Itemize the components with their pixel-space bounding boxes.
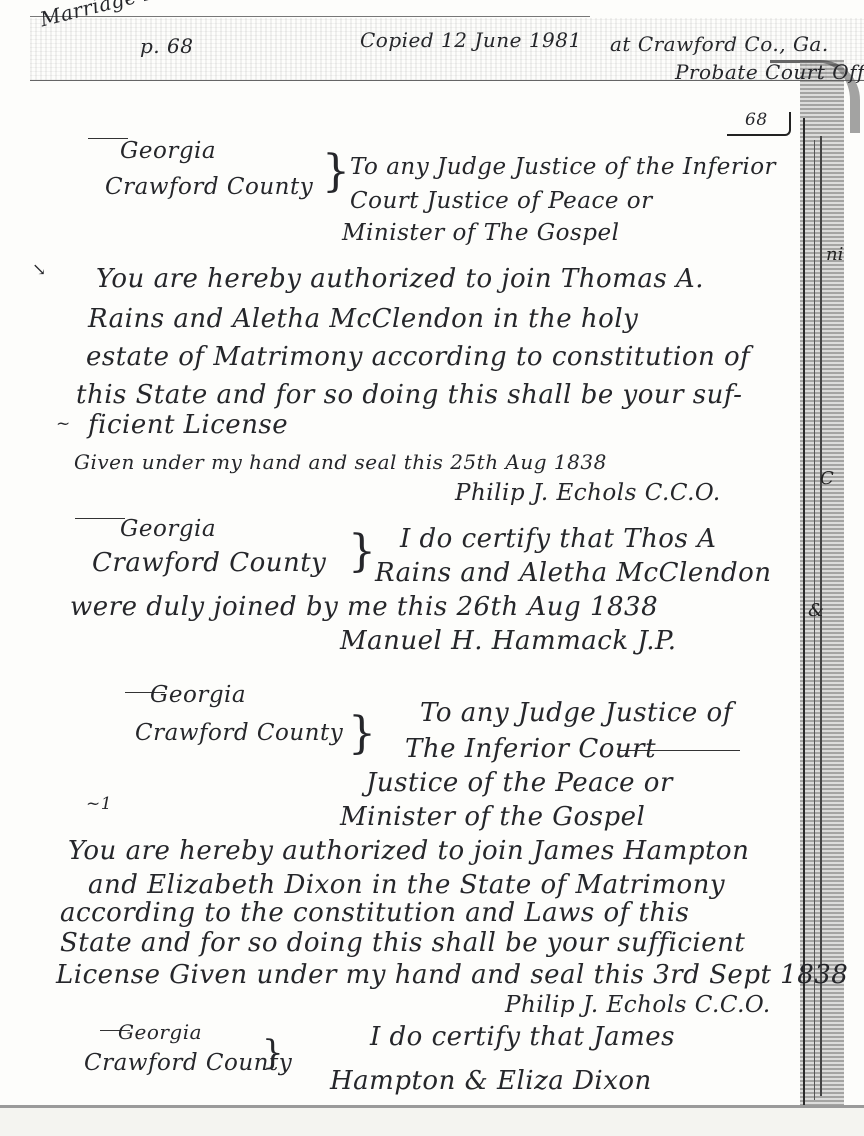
entry2-body-2: Rains and Aletha McClendon <box>375 560 772 586</box>
document-page: Marriage Book 8 p. 68 Copied 12 June 198… <box>0 0 864 1136</box>
photocopy-top-edge <box>30 16 590 17</box>
margin-tick: ~1 <box>86 796 112 813</box>
entry1-body-4: this State and for so doing this shall b… <box>76 382 742 408</box>
entry1-given-line: Given under my hand and seal this 25th A… <box>74 452 607 472</box>
entry3-body-2: and Elizabeth Dixon in the State of Matr… <box>88 872 725 898</box>
entry1-body-5: ficient License <box>88 412 288 438</box>
entry4-state: Georgia <box>118 1022 202 1042</box>
entry1-brace: } <box>322 150 350 194</box>
entry1-addressee-3: Minister of The Gospel <box>342 222 620 245</box>
entry4-brace: } <box>262 1036 284 1070</box>
entry1-body-1: You are hereby authorized to join Thomas… <box>96 266 704 292</box>
entry3-addressee-1: To any Judge Justice of <box>420 700 733 726</box>
entry1-body-2: Rains and Aletha McClendon in the holy <box>88 306 638 332</box>
entry1-body-3: estate of Matrimony according to constit… <box>86 344 750 370</box>
entry3-body-5: License Given under my hand and seal thi… <box>56 962 848 988</box>
margin-dash: ~ <box>56 416 71 433</box>
tab-mark: C <box>820 468 834 489</box>
entry4-county: Crawford County <box>84 1052 292 1075</box>
entry4-body-2: Hampton & Eliza Dixon <box>330 1068 652 1094</box>
entry1-state: Georgia <box>120 140 216 163</box>
entry1-county: Crawford County <box>105 176 313 199</box>
entry3-addressee-4: Minister of the Gospel <box>340 804 645 830</box>
entry3-county: Crawford County <box>135 722 343 745</box>
entry3-body-3: according to the constitution and Laws o… <box>60 900 689 926</box>
margin-arrow: ↘ <box>32 262 47 279</box>
entry2-body-3: were duly joined by me this 26th Aug 183… <box>70 594 658 620</box>
tab-mark: ni <box>826 244 843 265</box>
entry3-brace: } <box>348 712 376 756</box>
entry3-addressee-3: Justice of the Peace or <box>366 770 673 796</box>
entry1-addressee-2: Court Justice of Peace or <box>350 190 653 213</box>
flourish <box>620 750 740 751</box>
location-note-2: Probate Court Off. <box>675 62 864 82</box>
copied-note: Copied 12 June 1981 <box>360 30 582 50</box>
entry3-body-1: You are hereby authorized to join James … <box>68 838 749 864</box>
entry2-brace: } <box>348 530 376 574</box>
entry1-addressee-1: To any Judge Justice of the Inferior <box>350 156 776 179</box>
entry3-signature: Philip J. Echols C.C.O. <box>505 994 771 1017</box>
page-number: 68 <box>745 112 768 129</box>
photocopy-right-shadow <box>800 60 844 1110</box>
entry3-state: Georgia <box>150 684 246 707</box>
archive-page: p. 68 <box>140 36 193 56</box>
flourish <box>75 518 125 519</box>
entry2-signature: Manuel H. Hammack J.P. <box>340 628 677 654</box>
entry2-county: Crawford County <box>92 550 326 576</box>
entry3-body-4: State and for so doing this shall be you… <box>60 930 745 956</box>
entry1-signature: Philip J. Echols C.C.O. <box>455 482 721 505</box>
entry4-body-1: I do certify that James <box>370 1024 675 1050</box>
scan-background <box>0 1108 864 1136</box>
entry2-state: Georgia <box>120 518 216 541</box>
entry2-body-1: I do certify that Thos A <box>400 526 716 552</box>
entry3-addressee-2: The Inferior Court <box>405 736 656 762</box>
tab-mark: & <box>808 600 824 621</box>
location-note-1: at Crawford Co., Ga. <box>610 34 829 54</box>
